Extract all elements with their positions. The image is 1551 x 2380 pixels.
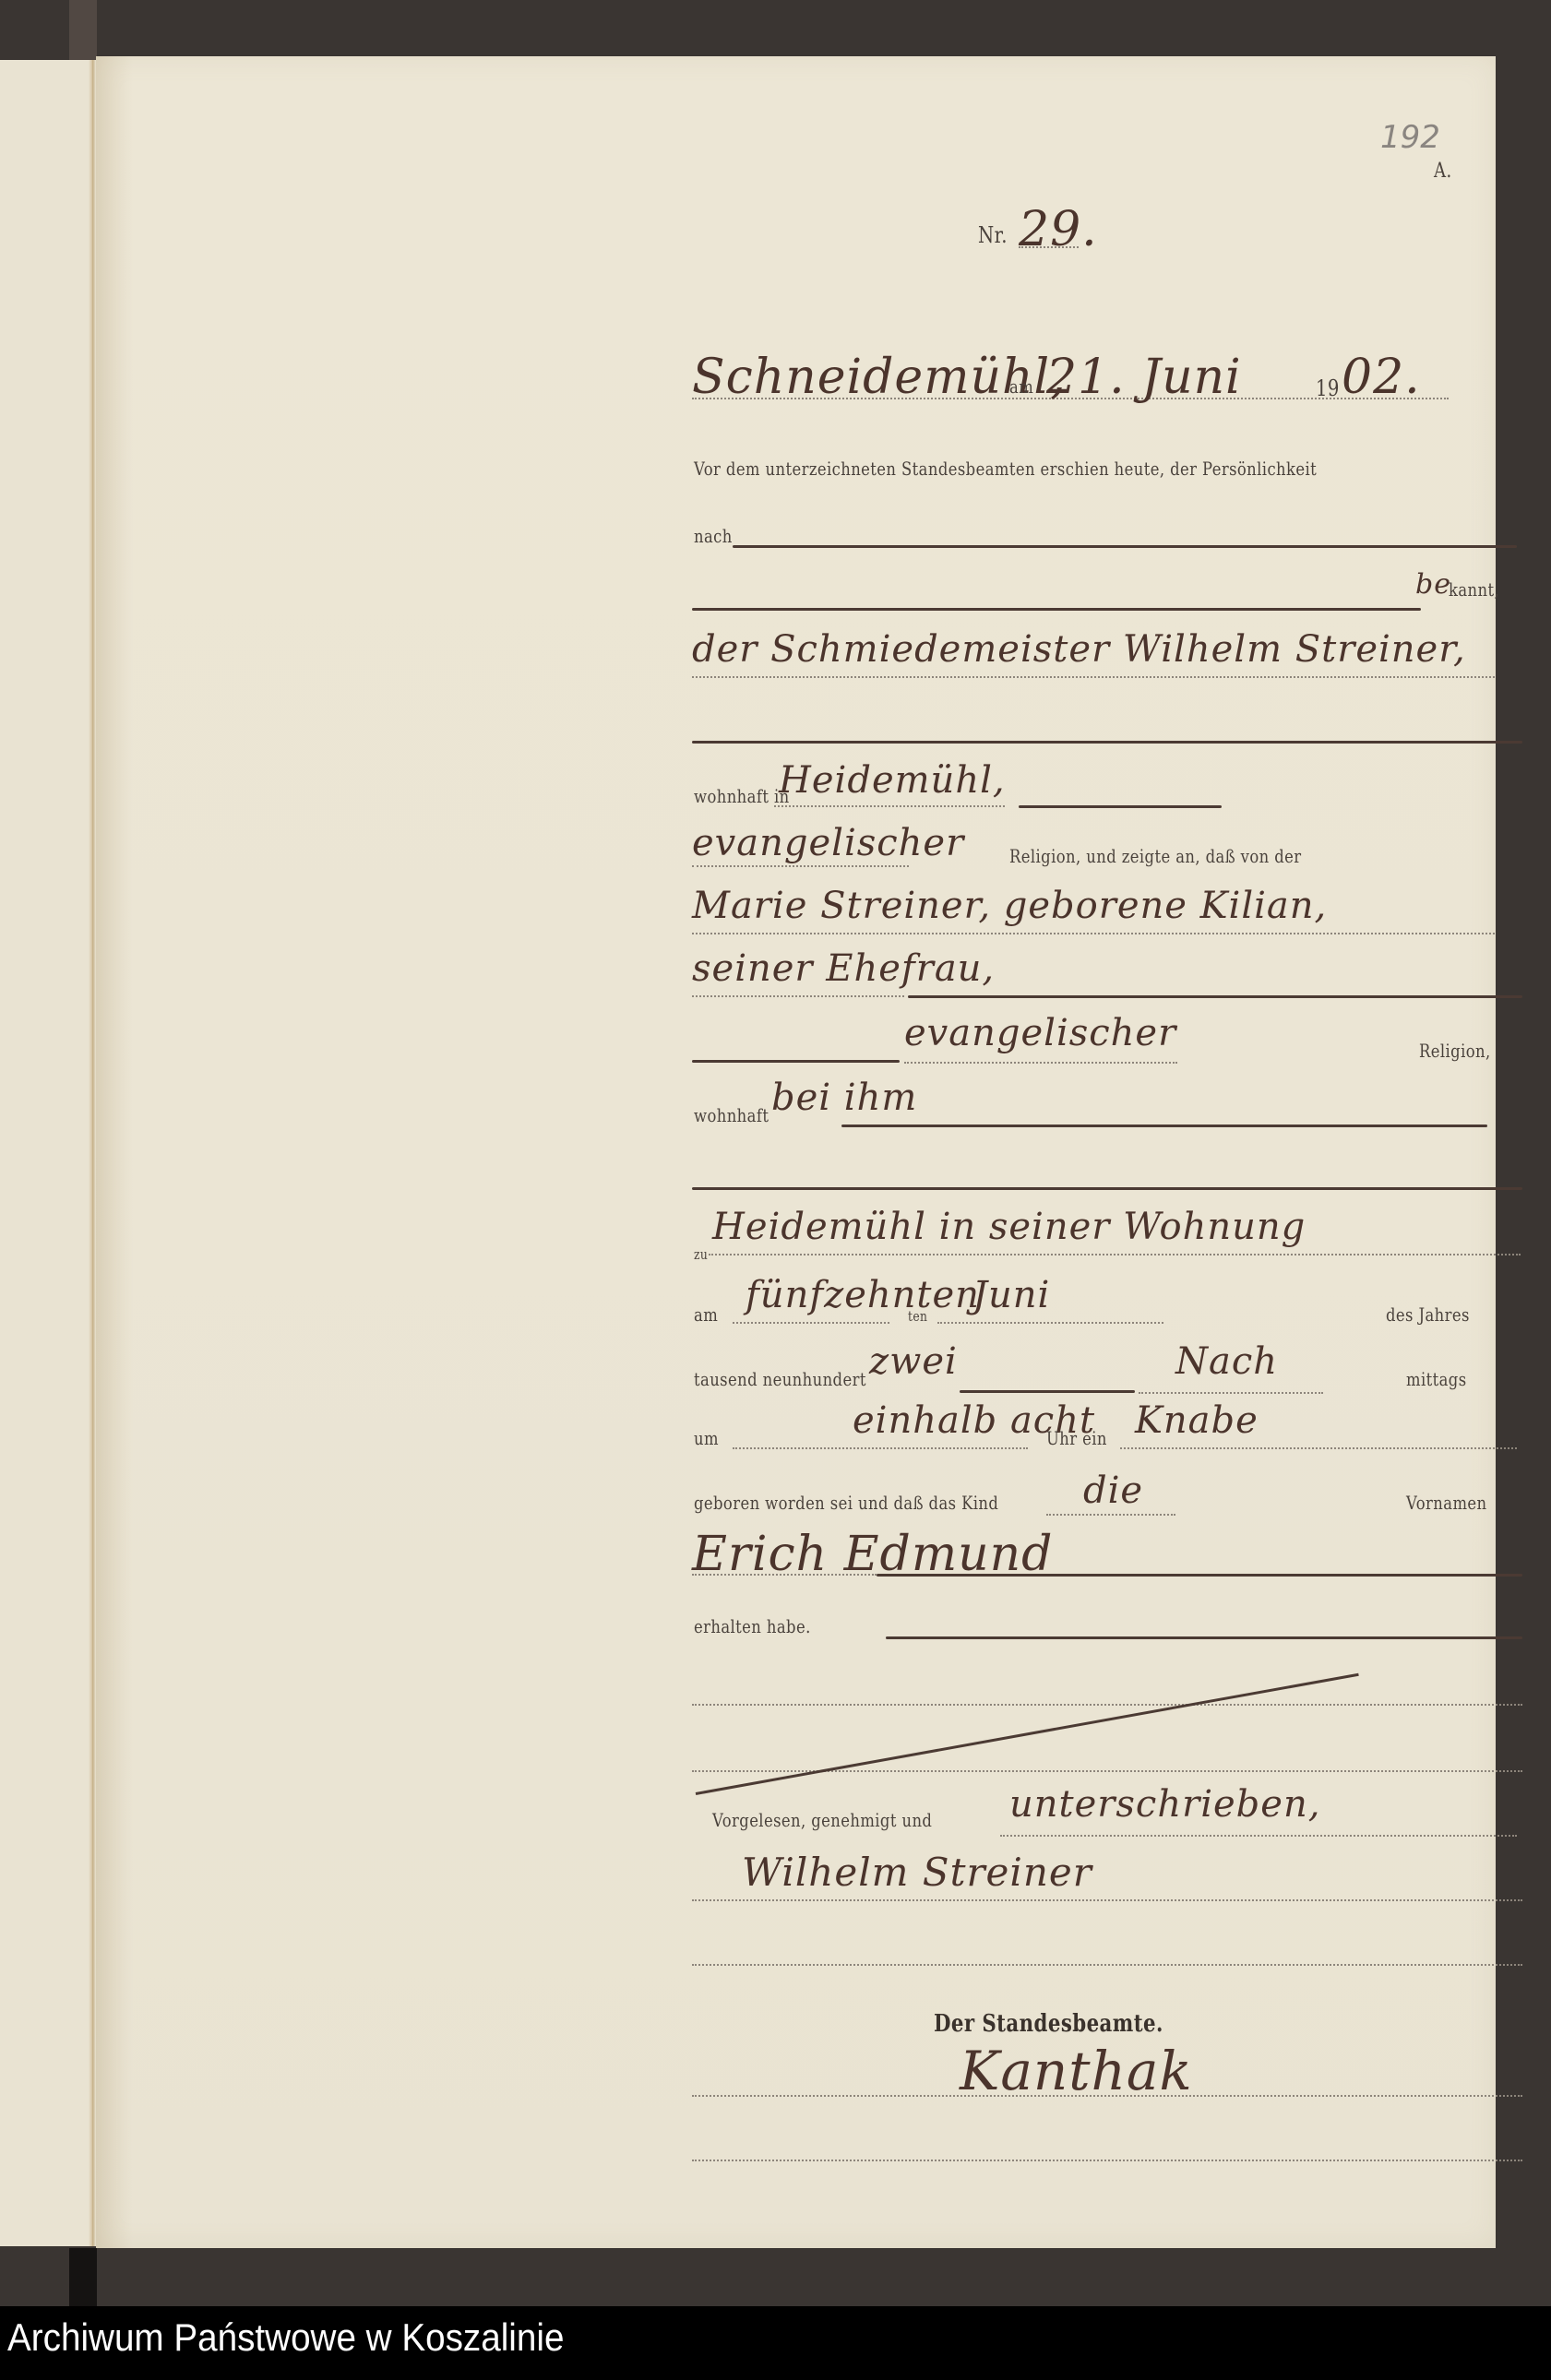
des-jahres-label: des Jahres — [1386, 1303, 1470, 1326]
mother-dotline — [692, 933, 1495, 934]
geboren-text: geboren worden sei und daß das Kind — [694, 1492, 998, 1514]
religion-text: Religion, und zeigte an, daß von der — [1009, 845, 1302, 867]
declarant-signature: Wilhelm Streiner — [742, 1850, 1092, 1895]
mother-relation: seiner Ehefrau, — [692, 947, 995, 990]
religion-mother: evangelischer — [904, 1012, 1176, 1054]
relation-dotline — [692, 995, 904, 997]
register-letter: A. — [1434, 160, 1452, 183]
religion-label: Religion, — [1419, 1040, 1491, 1062]
bekannt-strike-line — [692, 608, 1421, 611]
birth-month-dotline — [937, 1322, 1163, 1324]
die-article: die — [1083, 1470, 1143, 1512]
mother-residence-strike-line — [841, 1125, 1487, 1127]
record-nr-value: 29. — [1019, 202, 1098, 257]
zu-label: zu — [694, 1246, 708, 1263]
nach-label: nach — [694, 525, 733, 547]
archive-footer-bar: Archiwum Państwowe w Koszalinie — [0, 2306, 1551, 2380]
ten-label: ten — [908, 1308, 927, 1325]
year-prefix: 19 — [1316, 375, 1340, 401]
relation-strike-line — [908, 995, 1522, 998]
page-fold-shadow — [96, 56, 133, 2248]
erhalten-text: erhalten habe. — [694, 1615, 811, 1637]
mother-name: Marie Streiner, geborene Kilian, — [692, 885, 1327, 927]
book-spine-bottom — [69, 2248, 97, 2306]
official-signature: Kanthak — [960, 2040, 1193, 2102]
book-spine-top — [69, 0, 97, 60]
birth-place-dotline — [709, 1254, 1521, 1255]
religion-mother-strike-line — [692, 1060, 900, 1063]
vornamen-label: Vornamen — [1406, 1492, 1486, 1514]
final-dotline — [692, 2160, 1522, 2161]
uhr-ein-label: Uhr ein — [1046, 1427, 1107, 1449]
time-period: Nach — [1175, 1340, 1278, 1383]
bekannt-hand: be — [1415, 568, 1451, 601]
um-label: um — [694, 1427, 719, 1449]
record-nr-label: Nr. — [978, 222, 1008, 248]
declarant-dotline — [692, 676, 1495, 678]
residence-dotline — [774, 805, 1005, 807]
erhalten-strike-line — [886, 1636, 1522, 1639]
mother-residence: bei ihm — [771, 1077, 917, 1119]
book-gutter — [89, 60, 96, 2246]
blank-strike-line-2 — [692, 1187, 1522, 1190]
residence-strike-line — [1019, 805, 1222, 808]
declarant-signature-dotline — [692, 1899, 1522, 1901]
vorgelesen-text: Vorgelesen, genehmigt und — [712, 1809, 932, 1831]
birth-year-word: zwei — [869, 1340, 958, 1383]
intro-text: Vor dem unterzeichneten Standesbeamten e… — [694, 458, 1317, 480]
blank-dotline-3 — [692, 1964, 1522, 1966]
am-birth-label: am — [694, 1303, 718, 1326]
child-sex: Knabe — [1135, 1399, 1259, 1442]
bekannt-print: kannt, — [1449, 578, 1499, 601]
birth-hour-dotline — [733, 1447, 1028, 1449]
child-sex-dotline — [1120, 1447, 1517, 1449]
archive-name: Archiwum Państwowe w Koszalinie — [7, 2315, 564, 2360]
birth-day: fünfzehnten — [746, 1274, 980, 1316]
diagonal-strike-line — [696, 1673, 1359, 1795]
wohnhaft-in-label: wohnhaft in — [694, 785, 790, 807]
birth-place: Heidemühl in seiner Wohnung — [712, 1206, 1306, 1248]
declarant-name: der Schmiedemeister Wilhelm Streiner, — [692, 628, 1466, 671]
birth-year-strike-line — [960, 1390, 1135, 1393]
time-period-dotline — [1139, 1392, 1323, 1394]
die-dotline — [1046, 1514, 1175, 1516]
vorgelesen-dotline — [1000, 1835, 1517, 1837]
folio-number: 192 — [1380, 119, 1440, 156]
mittags-label: mittags — [1406, 1368, 1467, 1390]
date-day-month: 21. Juni — [1046, 350, 1242, 405]
tausend-label: tausend neunhundert — [694, 1368, 866, 1390]
child-names-strike-line — [877, 1574, 1522, 1577]
blank-strike-line — [692, 741, 1522, 744]
birth-month: Juni — [972, 1274, 1050, 1316]
religion-father: evangelischer — [692, 822, 964, 864]
religion-mother-dotline — [904, 1062, 1177, 1064]
left-page-edge — [0, 60, 92, 2246]
residence: Heidemühl, — [779, 759, 1006, 802]
wohnhaft-label: wohnhaft — [694, 1104, 769, 1126]
am-label: am — [1009, 375, 1033, 398]
official-title: Der Standesbeamte. — [934, 2010, 1163, 2038]
year-suffix: 02. — [1342, 350, 1421, 405]
blank-dotline-1 — [692, 1704, 1522, 1706]
nach-strike-line — [733, 545, 1517, 548]
birth-day-dotline — [733, 1322, 889, 1324]
religion-father-dotline — [692, 865, 909, 867]
register-page: 192 A. Nr. 29. Schneidemühl, am 21. Juni… — [96, 56, 1496, 2248]
unterschrieben: unterschrieben, — [1009, 1783, 1320, 1826]
